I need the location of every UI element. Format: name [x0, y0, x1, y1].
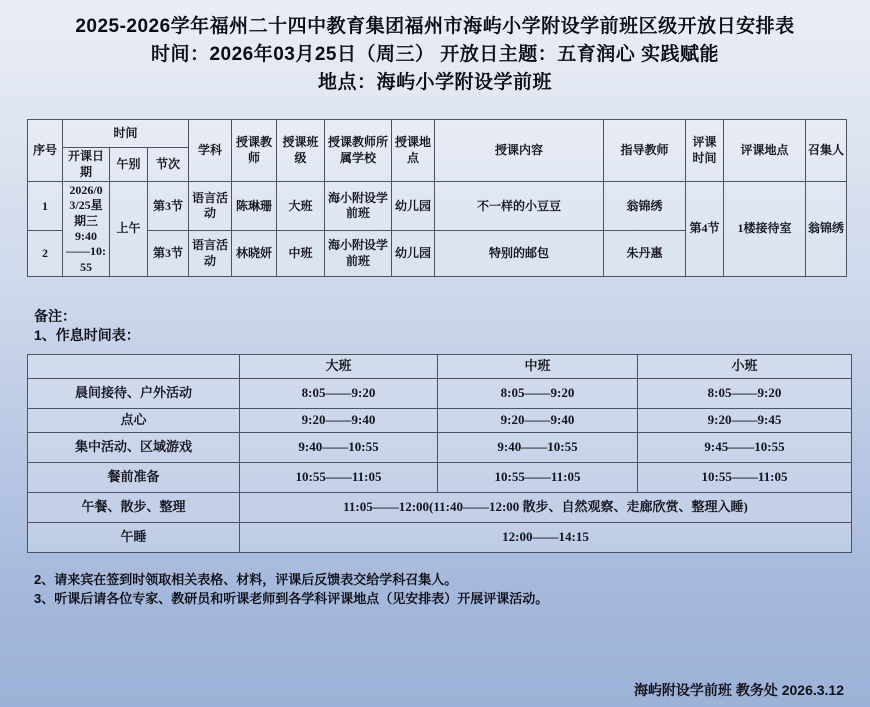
- cell-period: 第3节: [148, 182, 189, 231]
- activity-name: 午睡: [28, 523, 240, 553]
- time-senior: 9:40——10:55: [240, 433, 438, 463]
- activity-name: 餐前准备: [28, 463, 240, 493]
- daily-timetable: 大班 中班 小班 晨间接待、户外活动 8:05——9:20 8:05——9:20…: [27, 354, 852, 553]
- timetable-row: 午睡 12:00——14:15: [28, 523, 852, 553]
- timetable-header-junior: 小班: [638, 355, 852, 379]
- cell-content: 特别的邮包: [435, 231, 604, 277]
- time-junior: 8:05——9:20: [638, 379, 852, 409]
- timetable-header-senior: 大班: [240, 355, 438, 379]
- activity-name: 午餐、散步、整理: [28, 493, 240, 523]
- cell-mentor: 翁锦绣: [604, 182, 686, 231]
- activity-name: 点心: [28, 409, 240, 433]
- time-merged: 11:05——12:00(11:40——12:00 散步、自然观察、走廊欣赏、整…: [240, 493, 852, 523]
- cell-date-line2: 9:40——10:55: [65, 229, 107, 275]
- cell-serial: 2: [28, 231, 63, 277]
- time-senior: 10:55——11:05: [240, 463, 438, 493]
- col-header-serial: 序号: [28, 120, 63, 182]
- timetable-row: 午餐、散步、整理 11:05——12:00(11:40——12:00 散步、自然…: [28, 493, 852, 523]
- col-header-class: 授课班级: [277, 120, 325, 182]
- title-line-3: 地点：海屿小学附设学前班: [0, 69, 870, 97]
- cell-school: 海小附设学前班: [325, 182, 392, 231]
- col-header-teacher: 授课教师: [232, 120, 277, 182]
- cell-convener: 翁锦绣: [806, 182, 847, 277]
- cell-subject: 语言活动: [189, 231, 232, 277]
- cell-teacher: 林晓妍: [232, 231, 277, 277]
- remark-block: 备注： 1、作息时间表：: [34, 307, 870, 345]
- cell-class: 中班: [277, 231, 325, 277]
- col-header-content: 授课内容: [435, 120, 604, 182]
- cell-date: 2026/03/25星期三 9:40——10:55: [63, 182, 110, 277]
- time-middle: 10:55——11:05: [438, 463, 638, 493]
- time-merged: 12:00——14:15: [240, 523, 852, 553]
- time-senior: 9:20——9:40: [240, 409, 438, 433]
- document-header: 2025-2026学年福州二十四中教育集团福州市海屿小学附设学前班区级开放日安排…: [0, 0, 870, 97]
- cell-subject: 语言活动: [189, 182, 232, 231]
- cell-location: 幼儿园: [392, 182, 435, 231]
- notes-block: 2、请来宾在签到时领取相关表格、材料，评课后反馈表交给学科召集人。 3、听课后请…: [34, 570, 870, 608]
- timetable-row: 晨间接待、户外活动 8:05——9:20 8:05——9:20 8:05——9:…: [28, 379, 852, 409]
- time-middle: 8:05——9:20: [438, 379, 638, 409]
- time-senior: 8:05——9:20: [240, 379, 438, 409]
- timetable-row: 点心 9:20——9:40 9:20——9:40 9:20——9:45: [28, 409, 852, 433]
- cell-location: 幼儿园: [392, 231, 435, 277]
- col-header-period: 节次: [148, 148, 189, 182]
- title-line-2: 时间：2026年03月25日（周三） 开放日主题：五育润心 实践赋能: [0, 41, 870, 69]
- time-junior: 9:20——9:45: [638, 409, 852, 433]
- time-junior: 10:55——11:05: [638, 463, 852, 493]
- col-header-review-place: 评课地点: [724, 120, 806, 182]
- cell-school: 海小附设学前班: [325, 231, 392, 277]
- col-header-school: 授课教师所属学校: [325, 120, 392, 182]
- col-header-location: 授课地点: [392, 120, 435, 182]
- activity-name: 集中活动、区域游戏: [28, 433, 240, 463]
- time-middle: 9:20——9:40: [438, 409, 638, 433]
- table-row: 1 2026/03/25星期三 9:40——10:55 上午 第3节 语言活动 …: [28, 182, 847, 231]
- timetable-header-middle: 中班: [438, 355, 638, 379]
- schedule-table: 序号 时间 学科 授课教师 授课班级 授课教师所属学校 授课地点 授课内容 指导…: [27, 119, 847, 277]
- cell-ampm: 上午: [110, 182, 148, 277]
- footer-signature: 海屿附设学前班 教务处 2026.3.12: [0, 680, 870, 700]
- col-header-ampm: 午别: [110, 148, 148, 182]
- note-2: 2、请来宾在签到时领取相关表格、材料，评课后反馈表交给学科召集人。: [34, 570, 870, 589]
- col-header-time-group: 时间: [63, 120, 189, 148]
- remark-label: 备注：: [34, 307, 870, 326]
- col-header-subject: 学科: [189, 120, 232, 182]
- cell-date-line1: 2026/03/25星期三: [65, 183, 107, 229]
- note-3: 3、听课后请各位专家、教研员和听课老师到各学科评课地点（见安排表）开展评课活动。: [34, 589, 870, 608]
- title-line-1: 2025-2026学年福州二十四中教育集团福州市海屿小学附设学前班区级开放日安排…: [0, 13, 870, 41]
- cell-teacher: 陈琳珊: [232, 182, 277, 231]
- col-header-date: 开课日期: [63, 148, 110, 182]
- timetable-row: 集中活动、区域游戏 9:40——10:55 9:40——10:55 9:45——…: [28, 433, 852, 463]
- timetable-row: 餐前准备 10:55——11:05 10:55——11:05 10:55——11…: [28, 463, 852, 493]
- cell-review-place: 1楼接待室: [724, 182, 806, 277]
- col-header-mentor: 指导教师: [604, 120, 686, 182]
- cell-mentor: 朱丹惠: [604, 231, 686, 277]
- cell-period: 第3节: [148, 231, 189, 277]
- col-header-review-time: 评课时间: [686, 120, 724, 182]
- cell-content: 不一样的小豆豆: [435, 182, 604, 231]
- activity-name: 晨间接待、户外活动: [28, 379, 240, 409]
- cell-class: 大班: [277, 182, 325, 231]
- time-junior: 9:45——10:55: [638, 433, 852, 463]
- cell-review-time: 第4节: [686, 182, 724, 277]
- time-middle: 9:40——10:55: [438, 433, 638, 463]
- timetable-header-blank: [28, 355, 240, 379]
- remark-item-1: 1、作息时间表：: [34, 326, 870, 345]
- cell-serial: 1: [28, 182, 63, 231]
- col-header-convener: 召集人: [806, 120, 847, 182]
